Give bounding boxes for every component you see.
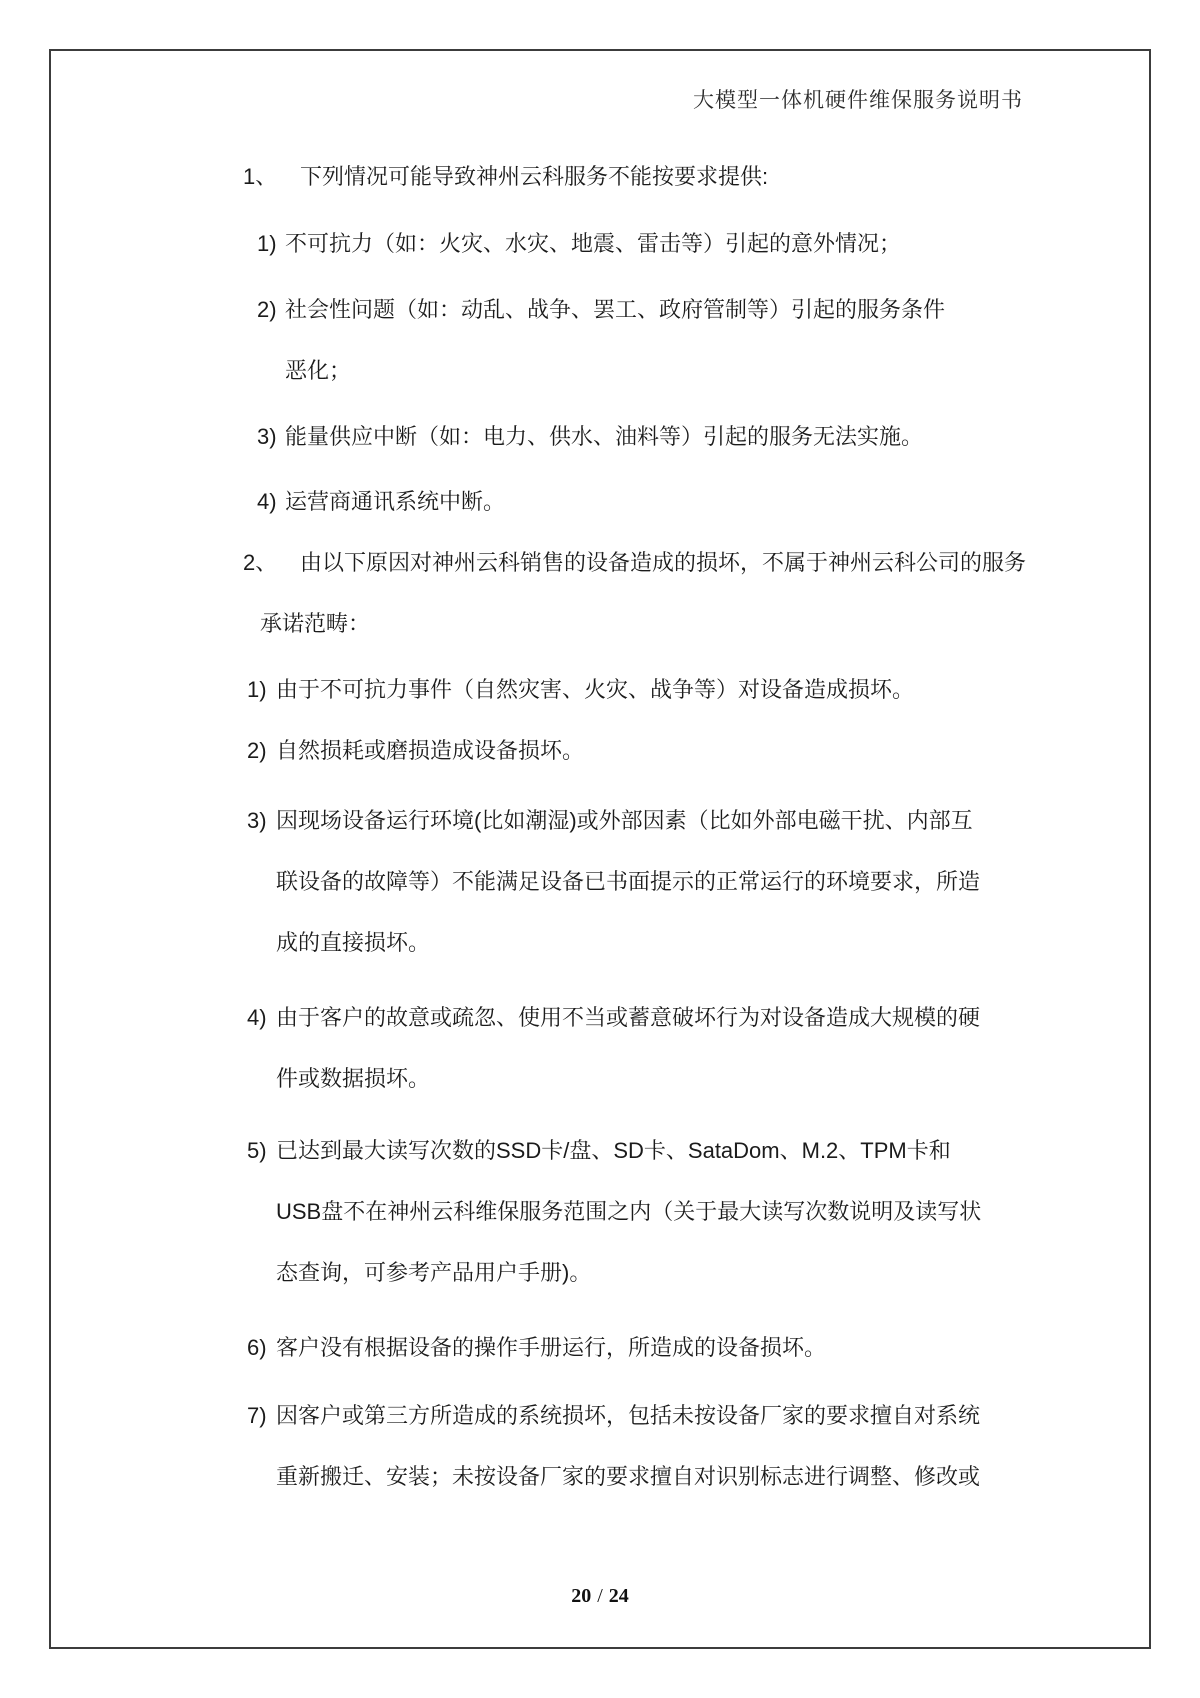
list-item-text: 自然损耗或磨损造成设备损坏。 xyxy=(276,720,1200,781)
page-number-total: 24 xyxy=(609,1585,629,1607)
list-item: 1)由于不可抗力事件（自然灾害、火灾、战争等）对设备造成损坏。 xyxy=(0,659,1200,720)
list-item-marker: 1) xyxy=(257,213,285,274)
text-line: 不可抗力（如：火灾、水灾、地震、雷击等）引起的意外情况； xyxy=(285,213,1200,274)
text-line: 因客户或第三方所造成的系统损坏，包括未按设备厂家的要求擅自对系统 xyxy=(276,1385,1200,1446)
list-item-marker: 5) xyxy=(247,1120,276,1303)
list-item: 2)社会性问题（如：动乱、战争、罢工、政府管制等）引起的服务条件恶化； xyxy=(0,279,1200,401)
page-footer: 20/24 xyxy=(0,1585,1200,1608)
list-item-text: 因客户或第三方所造成的系统损坏，包括未按设备厂家的要求擅自对系统重新搬迁、安装；… xyxy=(276,1385,1200,1507)
list-item-marker: 1) xyxy=(247,659,276,720)
text-line: 成的直接损坏。 xyxy=(276,912,1200,973)
list-item: 7)因客户或第三方所造成的系统损坏，包括未按设备厂家的要求擅自对系统重新搬迁、安… xyxy=(0,1385,1200,1507)
header-title: 大模型一体机硬件维保服务说明书 xyxy=(693,88,1023,112)
text-line: USB盘不在神州云科维保服务范围之内（关于最大读写次数说明及读写状 xyxy=(276,1181,1200,1242)
page-header: 大模型一体机硬件维保服务说明书 xyxy=(49,84,1151,114)
list-item-marker: 3) xyxy=(257,406,285,467)
list-item: 2、由以下原因对神州云科销售的设备造成的损坏，不属于神州云科公司的服务承诺范畴： xyxy=(0,532,1200,654)
list-item: 4)运营商通讯系统中断。 xyxy=(0,471,1200,532)
text-line: 由于不可抗力事件（自然灾害、火灾、战争等）对设备造成损坏。 xyxy=(276,659,1200,720)
list-item-marker: 4) xyxy=(257,471,285,532)
list-item-marker: 2) xyxy=(257,279,285,401)
text-line: 由以下原因对神州云科销售的设备造成的损坏，不属于神州云科公司的服务 xyxy=(300,532,1200,593)
page-number-current: 20 xyxy=(571,1585,591,1607)
list-item-text: 客户没有根据设备的操作手册运行，所造成的设备损坏。 xyxy=(276,1317,1200,1378)
text-line: 已达到最大读写次数的SSD卡/盘、SD卡、SataDom、M.2、TPM卡和 xyxy=(276,1120,1200,1181)
list-item: 5)已达到最大读写次数的SSD卡/盘、SD卡、SataDom、M.2、TPM卡和… xyxy=(0,1120,1200,1303)
text-line: 承诺范畴： xyxy=(260,593,1200,654)
text-line: 下列情况可能导致神州云科服务不能按要求提供: xyxy=(300,146,1200,207)
list-item-marker: 1、 xyxy=(243,146,300,207)
text-line: 自然损耗或磨损造成设备损坏。 xyxy=(276,720,1200,781)
text-line: 社会性问题（如：动乱、战争、罢工、政府管制等）引起的服务条件 xyxy=(285,279,1200,340)
list-item: 6)客户没有根据设备的操作手册运行，所造成的设备损坏。 xyxy=(0,1317,1200,1378)
document-content: 1、下列情况可能导致神州云科服务不能按要求提供:1)不可抗力（如：火灾、水灾、地… xyxy=(0,146,1200,1507)
list-item-marker: 6) xyxy=(247,1317,276,1378)
list-item-marker: 3) xyxy=(247,790,276,973)
list-item-text: 能量供应中断（如：电力、供水、油料等）引起的服务无法实施。 xyxy=(285,406,1200,467)
list-item: 2)自然损耗或磨损造成设备损坏。 xyxy=(0,720,1200,781)
text-line: 重新搬迁、安装；未按设备厂家的要求擅自对识别标志进行调整、修改或 xyxy=(276,1446,1200,1507)
list-item: 4)由于客户的故意或疏忽、使用不当或蓄意破坏行为对设备造成大规模的硬件或数据损坏… xyxy=(0,987,1200,1109)
list-item: 1、下列情况可能导致神州云科服务不能按要求提供: xyxy=(0,146,1200,207)
list-item-text: 因现场设备运行环境(比如潮湿)或外部因素（比如外部电磁干扰、内部互联设备的故障等… xyxy=(276,790,1200,973)
text-line: 由于客户的故意或疏忽、使用不当或蓄意破坏行为对设备造成大规模的硬 xyxy=(276,987,1200,1048)
list-item-text: 下列情况可能导致神州云科服务不能按要求提供: xyxy=(300,146,1200,207)
text-line: 恶化； xyxy=(285,340,1200,401)
text-line: 运营商通讯系统中断。 xyxy=(285,471,1200,532)
text-line: 态查询，可参考产品用户手册)。 xyxy=(276,1242,1200,1303)
list-item-text: 运营商通讯系统中断。 xyxy=(285,471,1200,532)
text-line: 因现场设备运行环境(比如潮湿)或外部因素（比如外部电磁干扰、内部互 xyxy=(276,790,1200,851)
text-line: 客户没有根据设备的操作手册运行，所造成的设备损坏。 xyxy=(276,1317,1200,1378)
list-item-text: 由于客户的故意或疏忽、使用不当或蓄意破坏行为对设备造成大规模的硬件或数据损坏。 xyxy=(276,987,1200,1109)
text-line: 能量供应中断（如：电力、供水、油料等）引起的服务无法实施。 xyxy=(285,406,1200,467)
list-item-marker: 2) xyxy=(247,720,276,781)
list-item-text: 社会性问题（如：动乱、战争、罢工、政府管制等）引起的服务条件恶化； xyxy=(285,279,1200,401)
list-item-marker: 4) xyxy=(247,987,276,1109)
list-item-text: 不可抗力（如：火灾、水灾、地震、雷击等）引起的意外情况； xyxy=(285,213,1200,274)
list-item: 3)能量供应中断（如：电力、供水、油料等）引起的服务无法实施。 xyxy=(0,406,1200,467)
list-item-marker: 7) xyxy=(247,1385,276,1507)
list-item-text: 已达到最大读写次数的SSD卡/盘、SD卡、SataDom、M.2、TPM卡和US… xyxy=(276,1120,1200,1303)
list-item: 1)不可抗力（如：火灾、水灾、地震、雷击等）引起的意外情况； xyxy=(0,213,1200,274)
list-item-text: 由于不可抗力事件（自然灾害、火灾、战争等）对设备造成损坏。 xyxy=(276,659,1200,720)
list-item: 3)因现场设备运行环境(比如潮湿)或外部因素（比如外部电磁干扰、内部互联设备的故… xyxy=(0,790,1200,973)
page-number-separator: / xyxy=(591,1585,609,1607)
list-item-text: 由以下原因对神州云科销售的设备造成的损坏，不属于神州云科公司的服务承诺范畴： xyxy=(300,532,1200,654)
text-line: 件或数据损坏。 xyxy=(276,1048,1200,1109)
text-line: 联设备的故障等）不能满足设备已书面提示的正常运行的环境要求，所造 xyxy=(276,851,1200,912)
